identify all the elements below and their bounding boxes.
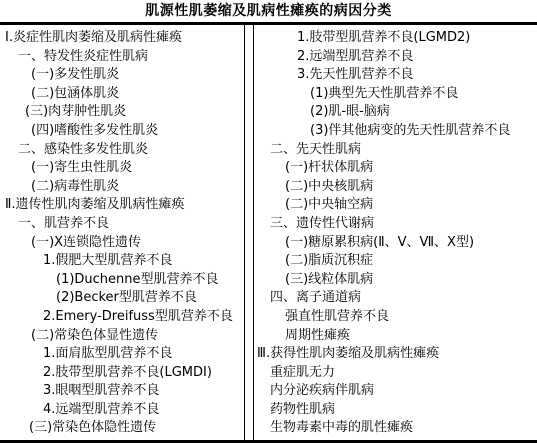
classification-table: Ⅰ.炎症性肌肉萎缩及肌病性瘫痪一、特发性炎症性肌病(一)多发性肌炎(二)包涵体肌… bbox=[0, 22, 537, 443]
list-item: 二、感染性多发性肌炎 bbox=[0, 141, 244, 160]
table-left-column: Ⅰ.炎症性肌肉萎缩及肌病性瘫痪一、特发性炎症性肌病(一)多发性肌炎(二)包涵体肌… bbox=[0, 25, 245, 440]
list-item: 2.肢带型肌营养不良(LGMDI) bbox=[0, 364, 244, 383]
list-item: 2.远端型肌营养不良 bbox=[254, 48, 537, 67]
list-item: (2)Becker型肌营养不良 bbox=[0, 289, 244, 308]
list-item: (3)伴其他病变的先天性肌营养不良 bbox=[254, 122, 537, 141]
list-item: 2.Emery-Dreifuss型肌营养不良 bbox=[0, 308, 244, 327]
document-page: 肌源性肌萎缩及肌病性瘫痪的病因分类 Ⅰ.炎症性肌肉萎缩及肌病性瘫痪一、特发性炎症… bbox=[0, 0, 537, 443]
page-title: 肌源性肌萎缩及肌病性瘫痪的病因分类 bbox=[0, 0, 537, 22]
list-item: 一、肌营养不良 bbox=[0, 215, 244, 234]
table-right-column: 1.肢带型肌营养不良(LGMD2)2.远端型肌营养不良3.先天性肌营养不良(1)… bbox=[253, 25, 537, 440]
list-item: (二)包涵体肌炎 bbox=[0, 85, 244, 104]
list-item: Ⅰ.炎症性肌肉萎缩及肌病性瘫痪 bbox=[0, 29, 244, 48]
list-item: (一)杆状体肌病 bbox=[254, 159, 537, 178]
list-item: 强直性肌营养不良 bbox=[254, 308, 537, 327]
column-divider-gap bbox=[245, 25, 253, 440]
list-item: (三)线粒体肌病 bbox=[254, 271, 537, 290]
list-item: (二)脂质沉积症 bbox=[254, 252, 537, 271]
list-item: 3.先天性肌营养不良 bbox=[254, 66, 537, 85]
list-item: 药物性肌病 bbox=[254, 401, 537, 420]
list-item: 周期性瘫痪 bbox=[254, 327, 537, 346]
list-item: (1)Duchenne型肌营养不良 bbox=[0, 271, 244, 290]
list-item: Ⅱ.遗传性肌肉萎缩及肌病性瘫痪 bbox=[0, 196, 244, 215]
list-item: (二)中央轴空病 bbox=[254, 196, 537, 215]
list-item: 3.眼咽型肌营养不良 bbox=[0, 382, 244, 401]
list-item: 4.远端型肌营养不良 bbox=[0, 401, 244, 420]
list-item: (四)嗜酸性多发性肌炎 bbox=[0, 122, 244, 141]
list-item: (2)肌-眼-脑病 bbox=[254, 103, 537, 122]
list-item: 生物毒素中毒的肌性瘫痪 bbox=[254, 419, 537, 438]
list-item: 1.假肥大型肌营养不良 bbox=[0, 252, 244, 271]
list-item: Ⅲ.获得性肌肉萎缩及肌病性瘫痪 bbox=[254, 345, 537, 364]
list-item: (1)典型先天性肌营养不良 bbox=[254, 85, 537, 104]
list-item: 1.肢带型肌营养不良(LGMD2) bbox=[254, 29, 537, 48]
list-item: (一)X连锁隐性遗传 bbox=[0, 234, 244, 253]
list-item: 一、特发性炎症性肌病 bbox=[0, 48, 244, 67]
list-item: 重症肌无力 bbox=[254, 364, 537, 383]
list-item: (二)中央核肌病 bbox=[254, 178, 537, 197]
list-item: 四、离子通道病 bbox=[254, 289, 537, 308]
list-item: 二、先天性肌病 bbox=[254, 141, 537, 160]
list-item: 三、遗传性代谢病 bbox=[254, 215, 537, 234]
list-item: (二)病毒性肌炎 bbox=[0, 178, 244, 197]
list-item: (一)寄生虫性肌炎 bbox=[0, 159, 244, 178]
list-item: (二)常染色体显性遗传 bbox=[0, 327, 244, 346]
list-item: 内分泌疾病伴肌病 bbox=[254, 382, 537, 401]
list-item: 1.面肩肱型肌营养不良 bbox=[0, 345, 244, 364]
list-item: (三)常染色体隐性遗传 bbox=[0, 419, 244, 438]
list-item: (一)糖原累积病(Ⅱ、Ⅴ、Ⅶ、Ⅹ型) bbox=[254, 234, 537, 253]
list-item: (一)多发性肌炎 bbox=[0, 66, 244, 85]
list-item: (三)肉芽肿性肌炎 bbox=[0, 103, 244, 122]
